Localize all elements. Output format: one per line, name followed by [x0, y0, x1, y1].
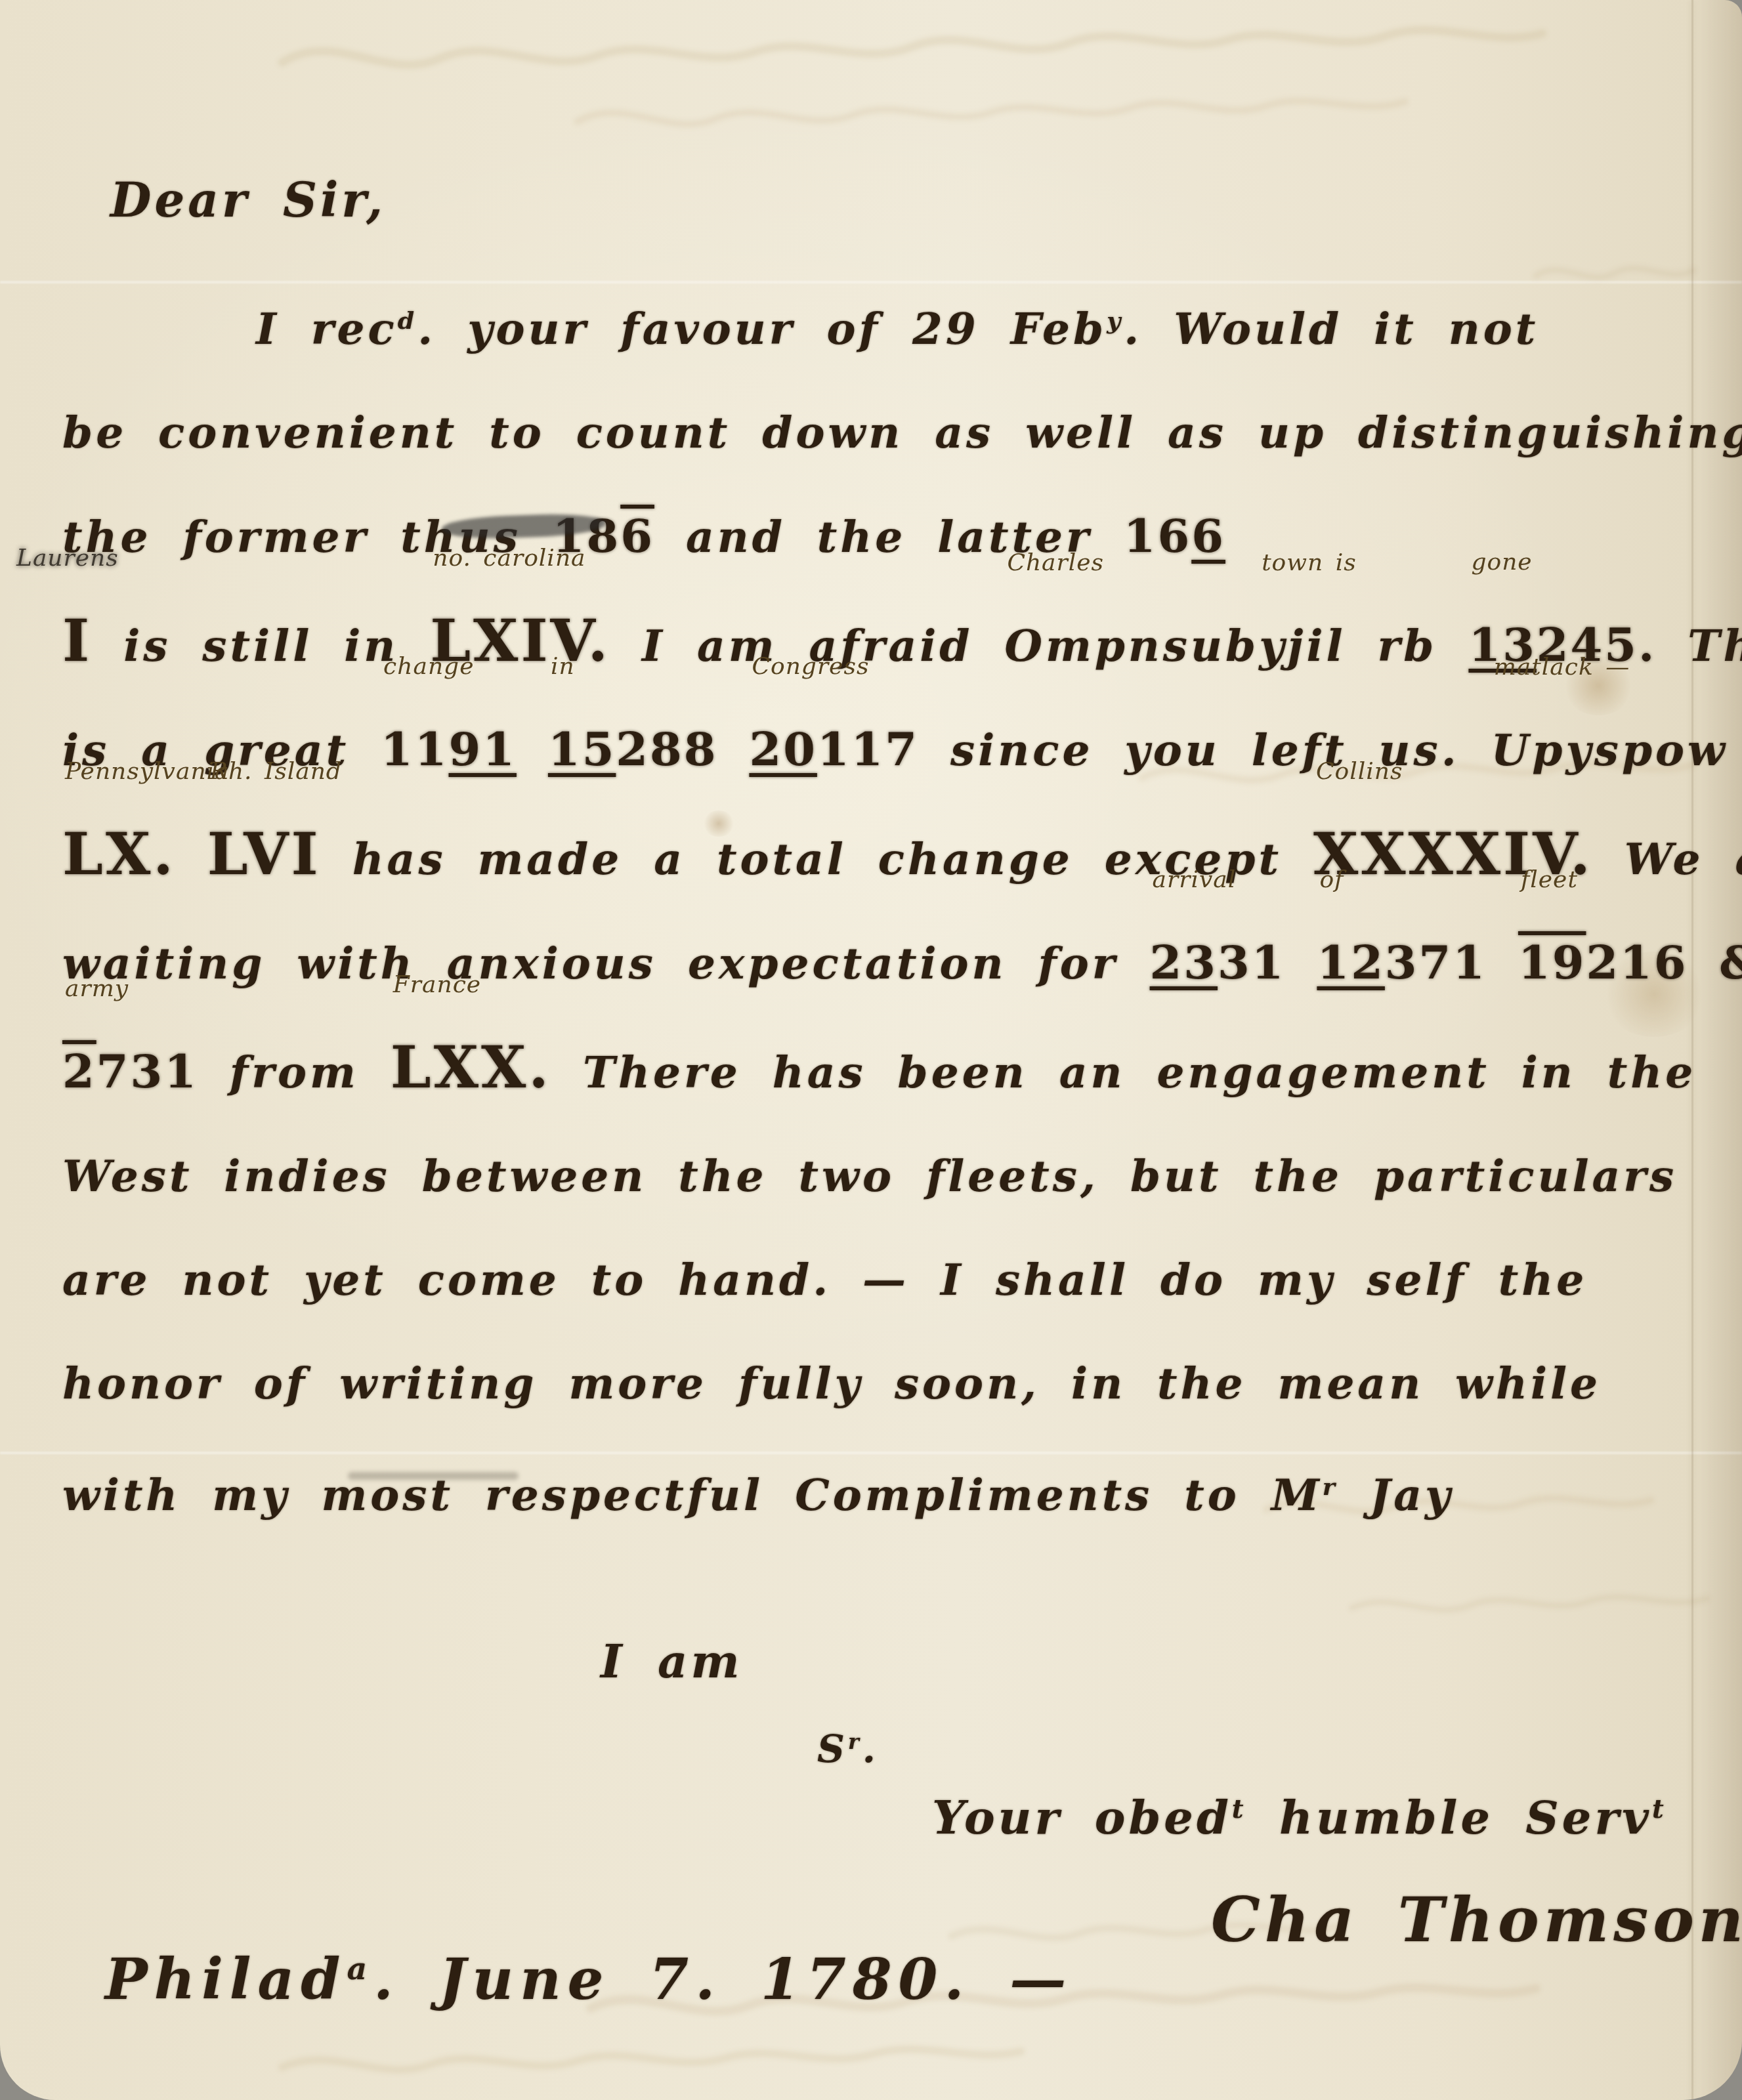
letter-page: Dear Sir,I recd. your favour of 29 Feby.…: [0, 0, 1742, 2100]
interlinear-decipher-annotation: matlack —: [1494, 616, 1630, 719]
text-run: waiting with anxious expectation for: [62, 938, 1150, 989]
interlinear-decipher-annotation: arrival: [1153, 828, 1237, 932]
text-run: yjil rb: [1259, 620, 1437, 671]
cipher-token: 12: [1317, 935, 1384, 990]
text-run: Upyspow: [1491, 724, 1728, 776]
interlinear-decipher-annotation: army: [65, 937, 129, 1041]
text-run: Jay: [1338, 1469, 1453, 1521]
annotated-cipher-word: army2: [62, 1020, 96, 1124]
annotated-cipher-word: CharlesOmpnsub: [1004, 594, 1259, 698]
text-run: There: [1656, 620, 1742, 671]
cipher-token: LX.: [62, 820, 176, 888]
closing-sir: Sr.: [817, 1714, 1742, 1777]
superscript: t: [1232, 1795, 1247, 1824]
text-run: since you left us.: [919, 724, 1491, 776]
interlinear-decipher-annotation: of: [1319, 828, 1344, 932]
text-run: .: [862, 1727, 879, 1771]
cipher-token: 91: [449, 722, 517, 776]
text-run: [1285, 938, 1317, 989]
text-run: I rec: [256, 303, 398, 354]
cipher-token: 371: [1385, 935, 1487, 990]
text-run: Dear Sir,: [110, 172, 386, 228]
body-line-6-cipher: PennsylvaniaLX. Rh. IslandLVI has made a…: [62, 802, 1742, 911]
body-line-1: I recd. your favour of 29 Feby. Would it…: [62, 269, 1742, 381]
text-run: S: [817, 1727, 848, 1771]
annotated-cipher-word: in15: [548, 698, 616, 802]
text-run: [176, 833, 207, 885]
cipher-token: LXX.: [391, 1033, 551, 1101]
text-run: [1487, 938, 1518, 989]
interlinear-decipher-annotation: Congress: [752, 615, 869, 719]
interlinear-decipher-annotation: change: [383, 615, 474, 719]
superscript: r: [848, 1729, 862, 1754]
interlinear-decipher-annotation: Charles: [1007, 511, 1104, 615]
text-run: with my most respectful Compliments to M: [62, 1469, 1323, 1521]
letter-body: Dear Sir,I recd. your favour of 29 Feby.…: [0, 0, 1742, 2100]
dateline: Philada. June 7. 1780. —: [105, 1920, 1742, 2029]
body-line-10: are not yet come to hand. — I shall do m…: [62, 1228, 1742, 1332]
text-run: from: [198, 1047, 391, 1098]
interlinear-decipher-annotation: in: [551, 615, 575, 719]
cipher-token: 15: [548, 722, 616, 776]
cipher-token: 6: [620, 509, 654, 563]
text-run: be convenient to count down as well as u…: [62, 407, 1742, 458]
text-run: humble Serv: [1247, 1791, 1652, 1845]
text-run: [517, 724, 548, 776]
cipher-token: 288: [616, 722, 717, 776]
text-run: . June 7. 1780. —: [373, 1946, 1073, 2012]
annotated-cipher-word: LaurensI: [62, 589, 92, 698]
text-run: Ompnsub: [1004, 620, 1259, 671]
cipher-token: 117: [817, 722, 919, 776]
interlinear-decipher-annotation: Pennsylvania: [65, 720, 230, 824]
salutation: Dear Sir,: [110, 164, 1742, 236]
superscript: d: [398, 306, 417, 335]
body-line-9: West indies between the two fleets, but …: [62, 1124, 1742, 1228]
interlinear-decipher-annotation: town is: [1262, 511, 1357, 615]
cipher-token: 6: [1191, 509, 1225, 563]
annotated-cipher-word: Rh. IslandLVI: [207, 802, 321, 911]
body-line-7-cipher: waiting with anxious expectation for arr…: [62, 911, 1742, 1015]
text-run: Philad: [105, 1946, 347, 2012]
interlinear-decipher-annotation: gone: [1471, 511, 1532, 614]
cipher-token: 731: [96, 1044, 198, 1099]
annotated-cipher-word: PennsylvaniaLX.: [62, 802, 176, 911]
body-line-8-cipher: army2731 from FranceLXX. There has been …: [62, 1015, 1742, 1124]
text-run: I am: [601, 1634, 743, 1689]
annotated-cipher-word: town is yjil rb: [1259, 594, 1437, 698]
closing-i-am: I am: [601, 1626, 1742, 1698]
cipher-token: LVI: [207, 820, 321, 888]
valediction: Your obedt humble Servt: [932, 1774, 1742, 1854]
text-run: [1437, 620, 1468, 671]
cipher-token: 11: [381, 722, 448, 776]
superscript: y: [1107, 306, 1124, 335]
text-run: are not yet come to hand. — I shall do m…: [62, 1254, 1587, 1305]
superscript: t: [1652, 1795, 1667, 1824]
cipher-token: 31: [1218, 935, 1285, 990]
annotated-cipher-word: fleet19: [1518, 911, 1586, 1015]
text-run: . your favour of 29 Feb: [417, 303, 1107, 354]
cipher-token: 20: [749, 722, 817, 776]
text-run: Your obed: [932, 1791, 1232, 1845]
annotated-cipher-word: Congress20: [749, 698, 817, 802]
cipher-token: 216 &: [1586, 935, 1742, 990]
cipher-token: I: [62, 606, 92, 675]
cipher-token: 2: [62, 1044, 96, 1099]
annotated-cipher-word: change11: [381, 698, 448, 802]
interlinear-decipher-annotation: Collins: [1316, 720, 1403, 824]
cipher-token: 16: [1124, 509, 1191, 563]
body-line-11: honor of writing more fully soon, in the…: [62, 1332, 1742, 1435]
text-run: is in for: [1728, 724, 1742, 776]
cipher-token: 23: [1150, 935, 1218, 990]
interlinear-decipher-annotation: Laurens: [16, 507, 119, 610]
cipher-token: 19: [1518, 935, 1586, 990]
interlinear-decipher-annotation: fleet: [1521, 828, 1578, 932]
text-run: is still in: [92, 620, 430, 671]
interlinear-decipher-annotation: Rh. Island: [210, 720, 342, 824]
annotated-cipher-word: of12: [1317, 911, 1384, 1015]
superscript: a: [347, 1951, 373, 1987]
text-run: honor of writing more fully soon, in the…: [62, 1358, 1601, 1409]
superscript: r: [1323, 1473, 1338, 1501]
text-run: We are: [1593, 833, 1742, 885]
annotated-cipher-word: arrival23: [1150, 911, 1218, 1015]
body-line-4-cipher: LaurensI is still in no. carolinaLXIV. I…: [62, 589, 1742, 698]
text-run: . Would it not: [1124, 303, 1539, 354]
body-line-12: with my most respectful Compliments to M…: [62, 1435, 1742, 1547]
interlinear-decipher-annotation: France: [393, 933, 481, 1037]
annotated-cipher-word: matlack —Upyspow: [1491, 698, 1728, 802]
body-line-2: be convenient to count down as well as u…: [62, 381, 1742, 484]
text-run: [717, 724, 749, 776]
annotated-cipher-word: FranceLXX.: [391, 1015, 551, 1124]
text-run: West indies between the two fleets, but …: [62, 1150, 1677, 1202]
text-run: There has been an engagement in the: [551, 1047, 1696, 1098]
